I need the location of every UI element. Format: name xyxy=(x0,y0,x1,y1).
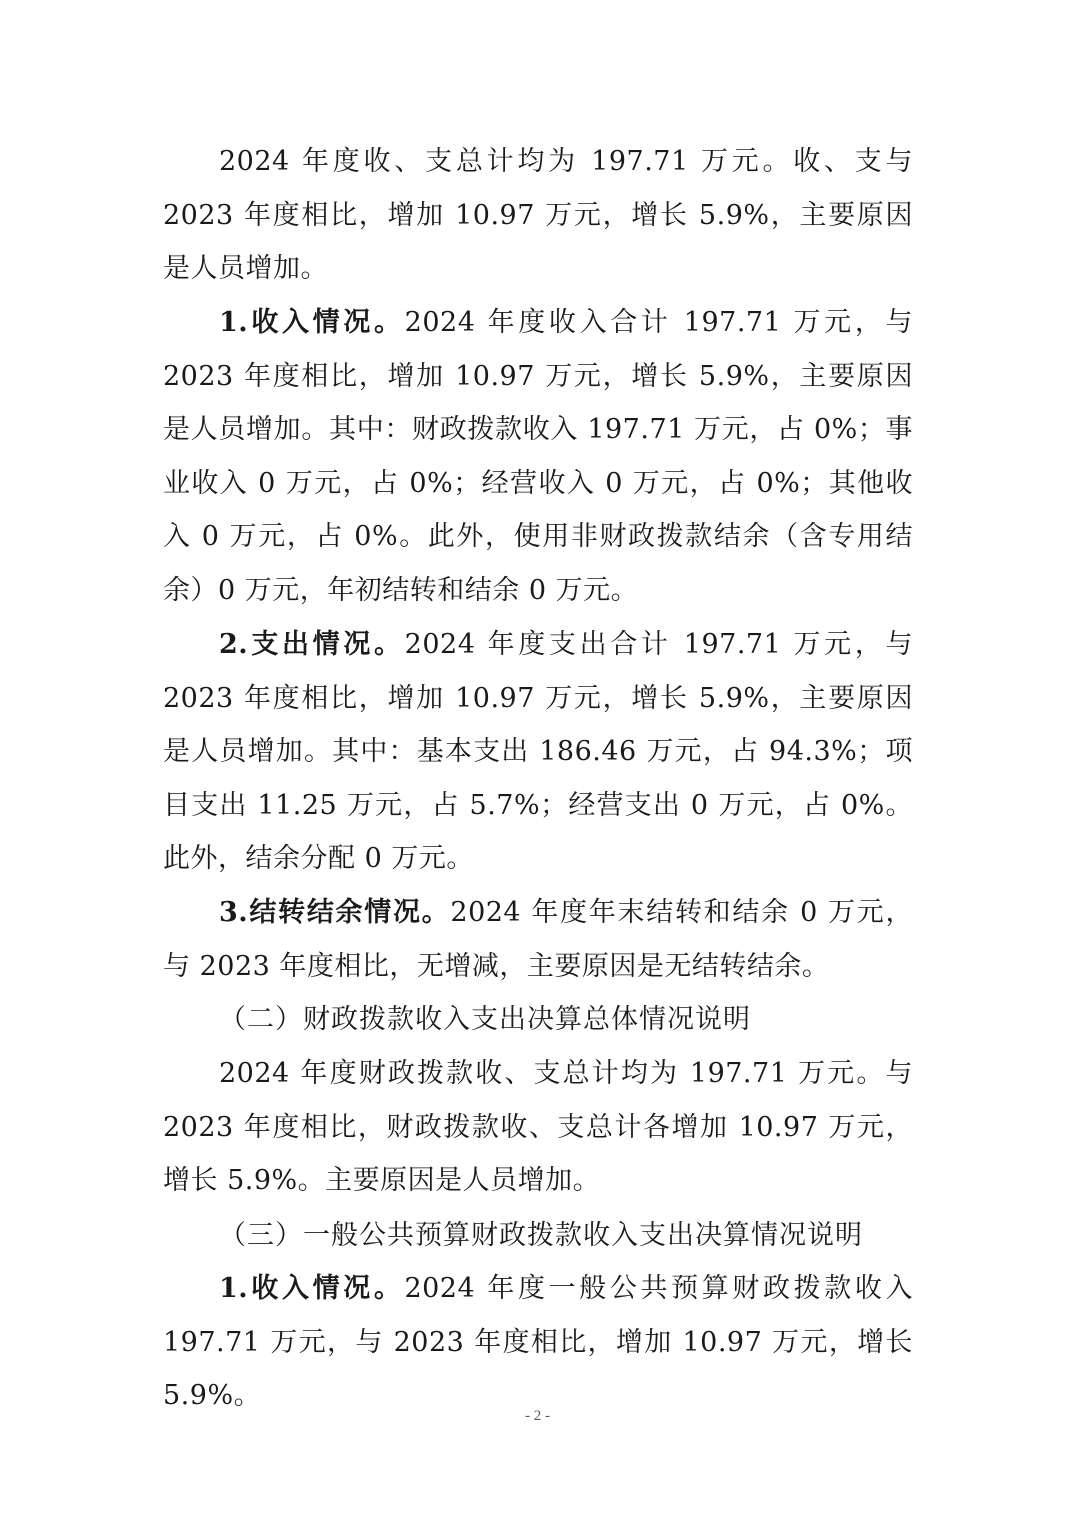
paragraph-fiscal-total: 2024 年度财政拨款收、支总计均为 197.71 万元。与 2023 年度相比… xyxy=(163,1047,913,1208)
paragraph-carryover: 3.结转结余情况。2024 年度年末结转和结余 0 万元，与 2023 年度相比… xyxy=(163,886,913,993)
paragraph-summary: 2024 年度收、支总计均为 197.71 万元。收、支与 2023 年度相比，… xyxy=(163,135,913,296)
section-heading-3: （三）一般公共预算财政拨款收入支出决算情况说明 xyxy=(219,1209,863,1263)
paragraph-text: 2024 年度收、支总计均为 197.71 万元。收、支与 2023 年度相比，… xyxy=(163,146,913,284)
document-page: 2024 年度收、支总计均为 197.71 万元。收、支与 2023 年度相比，… xyxy=(0,0,1075,1520)
paragraph-text: 2024 年度收入合计 197.71 万元，与 2023 年度相比，增加 10.… xyxy=(163,307,913,606)
paragraph-expenditure: 2.支出情况。2024 年度支出合计 197.71 万元，与 2023 年度相比… xyxy=(163,618,913,886)
paragraph-text: 2024 年度财政拨款收、支总计均为 197.71 万元。与 2023 年度相比… xyxy=(163,1058,913,1196)
paragraph-lead: 2.支出情况。 xyxy=(219,629,405,660)
paragraph-lead: 1.收入情况。 xyxy=(219,1273,404,1304)
section-heading-2: （二）财政拨款收入支出决算总体情况说明 xyxy=(219,993,751,1047)
paragraph-text: 2024 年度支出合计 197.71 万元，与 2023 年度相比，增加 10.… xyxy=(163,629,913,874)
paragraph-income: 1.收入情况。2024 年度收入合计 197.71 万元，与 2023 年度相比… xyxy=(163,296,913,617)
paragraph-lead: 1.收入情况。 xyxy=(219,307,405,338)
paragraph-general-income: 1.收入情况。2024 年度一般公共预算财政拨款收入 197.71 万元，与 2… xyxy=(163,1262,913,1423)
page-number: - 2 - xyxy=(0,1408,1075,1425)
paragraph-lead: 3.结转结余情况。 xyxy=(219,897,450,928)
